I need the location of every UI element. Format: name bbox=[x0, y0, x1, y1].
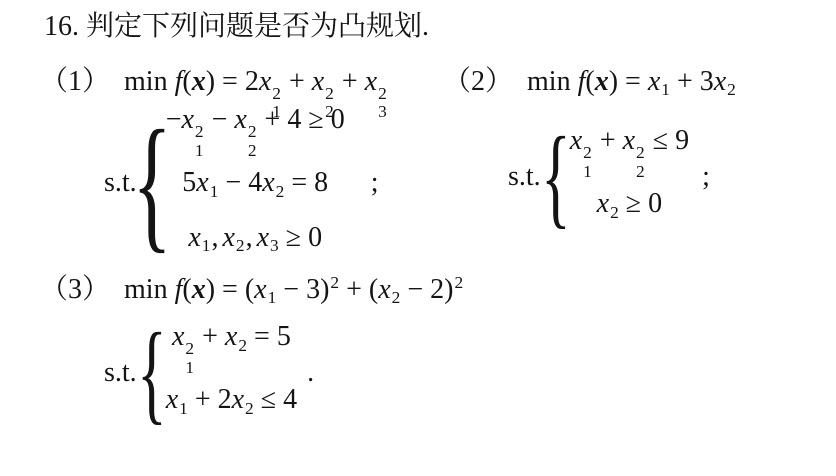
constraint-rows-2: x21+x22≤9 x2≥0 bbox=[570, 118, 689, 235]
constraint-row: x21+x2=5 bbox=[172, 314, 291, 377]
math-token: = bbox=[625, 66, 641, 97]
math-token: 0 bbox=[331, 104, 345, 135]
math-token: ≥ bbox=[286, 222, 301, 253]
math-token: x bbox=[312, 66, 324, 97]
math-token: 2 bbox=[430, 274, 444, 305]
sub-sup-stack: 22 bbox=[248, 123, 257, 160]
separator-punct-1: ; bbox=[371, 167, 379, 199]
subscript: 1 bbox=[661, 80, 670, 99]
st-label-3: s.t. bbox=[104, 357, 137, 389]
math-token: ( bbox=[245, 274, 254, 305]
math-token: 0 bbox=[648, 188, 662, 219]
constraint-block-2: s.t. { x21+x22≤9 x2≥0 ; bbox=[508, 124, 710, 230]
math-token: − bbox=[212, 104, 228, 135]
subscript: 2 bbox=[238, 336, 247, 355]
left-brace-glyph: { bbox=[137, 317, 167, 429]
part-label-1: （1） bbox=[40, 66, 110, 97]
constraint-block-1: s.t. { −x21−x22+4≥0 5x1−4x2=8 x1,x2,x3≥0… bbox=[104, 112, 378, 254]
math-token: x bbox=[378, 274, 390, 305]
math-token: x bbox=[597, 188, 609, 219]
constraint-row: x1,x2,x3≥0 bbox=[188, 215, 322, 269]
math-token: + bbox=[289, 66, 305, 97]
subscript: 2 bbox=[727, 80, 736, 99]
sub-sup-stack: 21 bbox=[195, 123, 204, 160]
subscript: 2 bbox=[610, 203, 619, 222]
constraint-block-3: s.t. { x21+x2=5 x1+2x2≤4 . bbox=[104, 324, 314, 422]
sub-sup-stack: 21 bbox=[583, 144, 592, 181]
left-brace-icon: { bbox=[542, 124, 570, 230]
math-token: = bbox=[222, 274, 238, 305]
st-label-2: s.t. bbox=[508, 161, 541, 193]
math-token: x bbox=[262, 167, 274, 198]
superscript: 2 bbox=[454, 273, 463, 292]
math-token: x bbox=[181, 104, 193, 135]
sub-sup-stack: 23 bbox=[378, 85, 387, 122]
math-token: 8 bbox=[314, 167, 328, 198]
math-token: x bbox=[192, 274, 206, 305]
math-token: ) bbox=[320, 274, 329, 305]
math-token: 4 bbox=[248, 167, 262, 198]
superscript: 2 bbox=[330, 273, 339, 292]
objective-line-2: （2）min f(x)=x1+3x2 bbox=[443, 64, 736, 102]
math-token: 5 bbox=[182, 167, 196, 198]
math-token: = bbox=[291, 167, 307, 198]
math-token: ≥ bbox=[308, 104, 323, 135]
part-label-2: （2） bbox=[443, 66, 513, 97]
subscript: 1 bbox=[179, 399, 188, 418]
math-token: x bbox=[234, 104, 246, 135]
left-brace-glyph: { bbox=[132, 108, 172, 258]
constraint-row: x2≥0 bbox=[597, 181, 663, 235]
math-token: 2 bbox=[218, 384, 232, 415]
math-token: ( bbox=[369, 274, 378, 305]
math-token: x bbox=[192, 66, 206, 97]
math-token: 4 bbox=[287, 104, 301, 135]
math-token: ) bbox=[609, 66, 618, 97]
left-brace-glyph: { bbox=[541, 121, 571, 233]
math-token: 3 bbox=[306, 274, 320, 305]
math-token: min bbox=[527, 66, 578, 97]
math-token: ) bbox=[206, 66, 215, 97]
math-token: ≥ bbox=[626, 188, 641, 219]
math-token: ( bbox=[182, 66, 191, 97]
math-token: x bbox=[570, 125, 582, 156]
subscript: 2 bbox=[392, 288, 401, 307]
math-token: 4 bbox=[283, 384, 297, 415]
subscript: 1 bbox=[268, 288, 277, 307]
math-token: = bbox=[254, 321, 270, 352]
math-token: − bbox=[225, 167, 241, 198]
math-token: x bbox=[232, 384, 244, 415]
subscript: 2 bbox=[236, 236, 245, 255]
math-token: 9 bbox=[675, 125, 689, 156]
math-token: x bbox=[196, 167, 208, 198]
math-token: , bbox=[246, 222, 253, 253]
math-token: x bbox=[257, 222, 269, 253]
math-token: x bbox=[222, 222, 234, 253]
part-label-3: （3） bbox=[40, 274, 110, 305]
constraint-row: x1+2x2≤4 bbox=[166, 377, 297, 431]
exercise-title: 16. 判定下列问题是否为凸规划. bbox=[44, 10, 429, 44]
math-token: ( bbox=[182, 274, 191, 305]
math-token: + bbox=[346, 274, 362, 305]
math-token: − bbox=[283, 274, 299, 305]
subscript: 1 bbox=[202, 236, 211, 255]
left-brace-icon: { bbox=[138, 112, 166, 254]
end-punct-3: . bbox=[307, 357, 314, 389]
math-token: x bbox=[259, 66, 271, 97]
exercise-page: 16. 判定下列问题是否为凸规划. （1）min f(x)=2x21+x22+x… bbox=[0, 0, 836, 476]
math-token: x bbox=[623, 125, 635, 156]
math-token: ≤ bbox=[653, 125, 668, 156]
math-token: x bbox=[365, 66, 377, 97]
math-token: + bbox=[265, 104, 281, 135]
math-token: ≤ bbox=[261, 384, 276, 415]
objective-formula-3: min f(x)=(x1−3)2+(x2−2)2 bbox=[124, 274, 463, 305]
math-token: min bbox=[124, 66, 175, 97]
math-token: ) bbox=[206, 274, 215, 305]
math-token: + bbox=[677, 66, 693, 97]
math-token: x bbox=[188, 222, 200, 253]
constraint-rows-3: x21+x2=5 x1+2x2≤4 bbox=[166, 314, 297, 431]
math-token: 0 bbox=[308, 222, 322, 253]
math-token: x bbox=[595, 66, 609, 97]
math-token: ) bbox=[444, 274, 453, 305]
subscript: 3 bbox=[270, 236, 279, 255]
math-token: , bbox=[211, 222, 218, 253]
math-token: + bbox=[342, 66, 358, 97]
math-token: = bbox=[222, 66, 238, 97]
separator-punct-2: ; bbox=[702, 161, 710, 193]
subscript: 2 bbox=[276, 182, 285, 201]
math-token: x bbox=[254, 274, 266, 305]
math-token: 3 bbox=[700, 66, 714, 97]
left-brace-icon: { bbox=[138, 324, 166, 422]
math-token: − bbox=[407, 274, 423, 305]
constraint-rows-1: −x21−x22+4≥0 5x1−4x2=8 x1,x2,x3≥0 bbox=[166, 97, 345, 269]
math-token: x bbox=[166, 384, 178, 415]
math-token: + bbox=[600, 125, 616, 156]
math-token: min bbox=[124, 274, 175, 305]
math-token: x bbox=[172, 321, 184, 352]
objective-formula-2: min f(x)=x1+3x2 bbox=[527, 66, 736, 97]
math-token: x bbox=[648, 66, 660, 97]
sub-sup-stack: 22 bbox=[636, 144, 645, 181]
math-token: 2 bbox=[245, 66, 259, 97]
subscript: 2 bbox=[245, 399, 254, 418]
subscript: 1 bbox=[210, 182, 219, 201]
math-token: ( bbox=[585, 66, 594, 97]
objective-formula-1: min f(x)=2x21+x22+x23 bbox=[124, 66, 388, 97]
math-token: + bbox=[202, 321, 218, 352]
math-token: x bbox=[225, 321, 237, 352]
math-token: + bbox=[195, 384, 211, 415]
constraint-row: x21+x22≤9 bbox=[570, 118, 689, 181]
math-token: x bbox=[714, 66, 726, 97]
math-token: 5 bbox=[277, 321, 291, 352]
constraint-row: −x21−x22+4≥0 bbox=[166, 97, 345, 160]
sub-sup-stack: 21 bbox=[185, 340, 194, 377]
constraint-row: 5x1−4x2=8 bbox=[182, 160, 328, 214]
objective-line-3: （3）min f(x)=(x1−3)2+(x2−2)2 bbox=[40, 272, 463, 310]
